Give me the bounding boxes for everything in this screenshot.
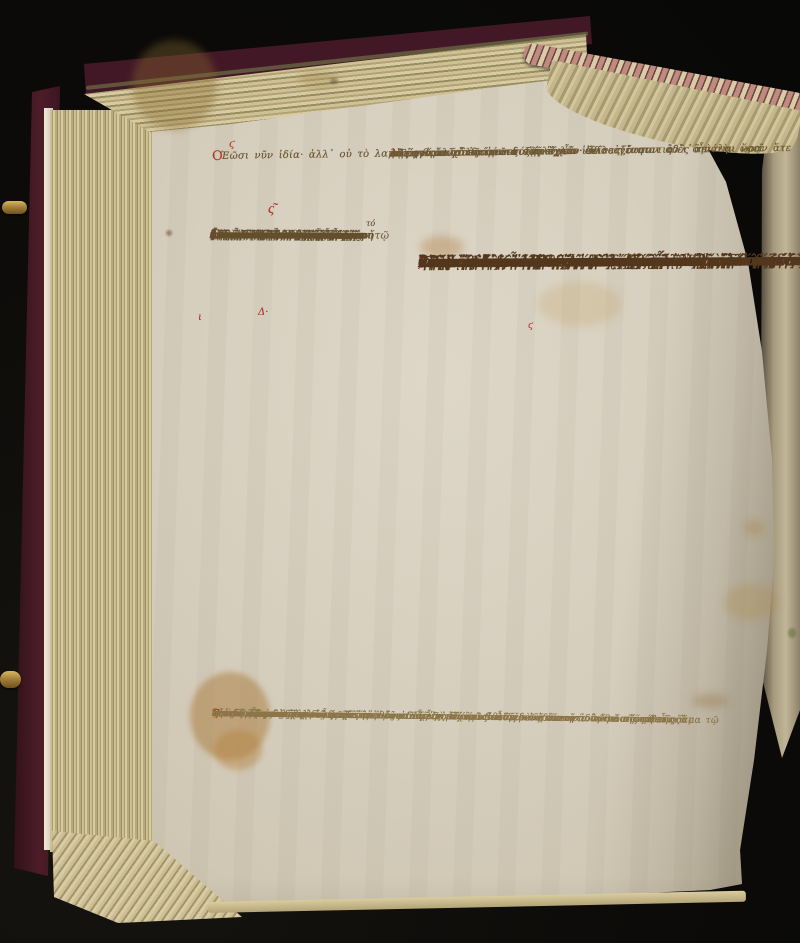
stain-right-margin — [724, 584, 778, 620]
stain-main-text — [538, 282, 622, 326]
manuscript-photograph: Ο· Ἐῶσι νῦν ἰδία· ἀλλ᾽ οὐ τὸ λαμπρὸν ἅμα… — [0, 0, 800, 943]
stain-left-column-bottom-2 — [214, 730, 262, 770]
green-speck-fore-edge — [788, 628, 796, 638]
stain-right-margin-small — [744, 520, 764, 536]
stain-top-left-corner — [132, 40, 217, 130]
stain-below-main-text — [692, 694, 728, 708]
clasp-pin-top — [2, 201, 27, 214]
page-stack-left-edge — [50, 110, 152, 852]
foxing-speck — [166, 230, 172, 236]
foxing-speck-top — [330, 78, 338, 84]
clasp-pin-bottom — [0, 671, 21, 688]
left-scholion-column: Οἱ λαοὶ φθάνουσι τὴν ἦ τὸμέλαν φῶς· καὶ … — [210, 226, 410, 227]
